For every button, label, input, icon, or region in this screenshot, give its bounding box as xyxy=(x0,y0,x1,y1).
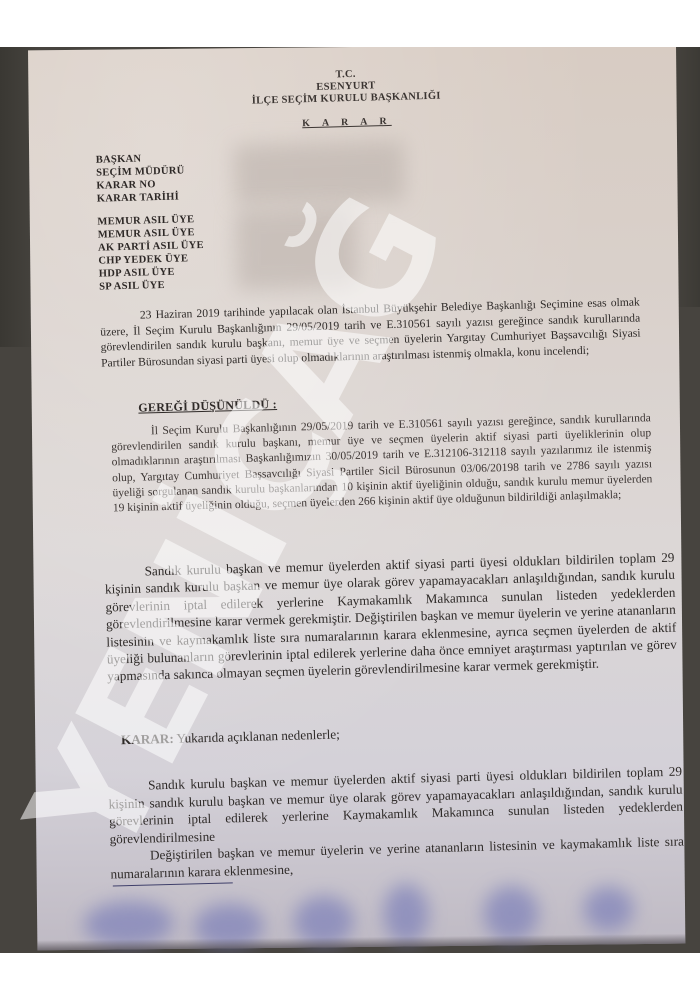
document-photo: T.C. ESENYURT İLÇE SEÇİM KURULU BAŞKANLI… xyxy=(0,47,700,953)
signature-blur-5 xyxy=(483,885,539,941)
document-content: T.C. ESENYURT İLÇE SEÇİM KURULU BAŞKANLI… xyxy=(21,47,692,953)
redacted-names-top xyxy=(233,141,405,205)
decision-body: Sandık kurulu başkan ve memur üyelerden … xyxy=(108,763,685,884)
document-header: T.C. ESENYURT İLÇE SEÇİM KURULU BAŞKANLI… xyxy=(22,61,671,138)
signature-blur-4 xyxy=(383,883,430,944)
findings-paragraph: İl Seçim Kurulu Başkanlığının 29/05/2019… xyxy=(111,411,653,516)
decision-intro: Yukarıda açıklanan nedenlerle; xyxy=(174,727,340,746)
reasoning-paragraph: Sandık kurulu başkan ve memur üyelerden … xyxy=(104,549,677,686)
role-list: BAŞKAN SEÇİM MÜDÜRÜ KARAR NO KARAR TARİH… xyxy=(96,151,205,294)
decision-label: KARAR: xyxy=(121,731,174,747)
member-sp: SP ASIL ÜYE xyxy=(99,278,205,294)
section-heading: GEREĞİ DÜŞÜNÜLDÜ : xyxy=(138,397,277,416)
intro-paragraph: 23 Haziran 2019 tarihinde yapılacak olan… xyxy=(100,295,641,371)
decision-heading: KARAR: Yukarıda açıklanan nedenlerle; xyxy=(121,717,681,749)
redacted-names-members xyxy=(235,207,357,290)
signature-stroke xyxy=(113,882,233,886)
signature-blur-6 xyxy=(583,886,634,932)
paper-sheet: T.C. ESENYURT İLÇE SEÇİM KURULU BAŞKANLI… xyxy=(28,47,685,950)
document-title: K A R A R xyxy=(302,116,392,130)
